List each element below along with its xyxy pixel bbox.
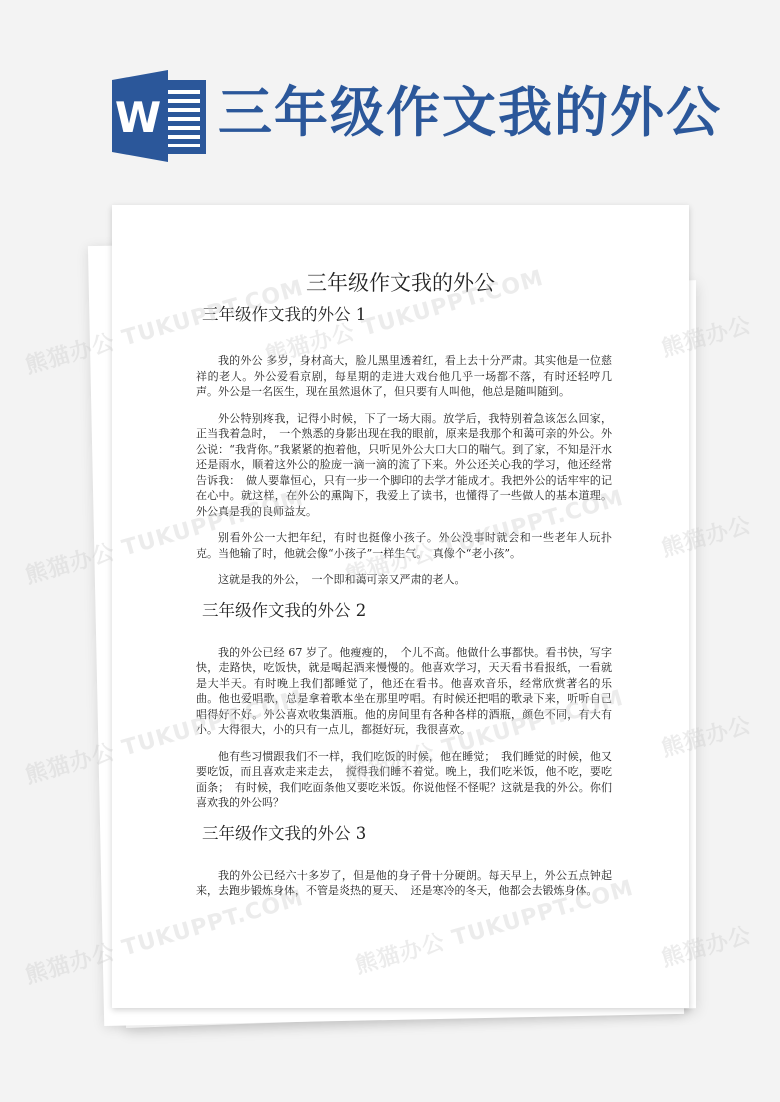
document-body: 三年级作文我的外公 1 我的外公 多岁，身材高大，脸儿黑里透着红，看上去十分严肃… <box>202 297 612 910</box>
paragraph: 我的外公已经六十多岁了，但是他的身子骨十分硬朗。每天早上，外公五点钟起来，去跑步… <box>196 868 612 899</box>
word-document-icon: W <box>108 68 210 162</box>
paragraph: 别看外公一大把年纪，有时也挺像小孩子。外公没事时就会和一些老年人玩扑克。当他输了… <box>196 530 612 561</box>
section-heading: 三年级作文我的外公 3 <box>202 822 612 846</box>
section-heading: 三年级作文我的外公 1 <box>202 303 612 327</box>
section-1: 三年级作文我的外公 1 我的外公 多岁，身材高大，脸儿黑里透着红，看上去十分严肃… <box>202 303 612 588</box>
paragraph: 我的外公 多岁，身材高大，脸儿黑里透着红，看上去十分严肃。其实他是一位慈祥的老人… <box>196 353 612 400</box>
word-letter: W <box>115 93 161 142</box>
banner-title: 三年级作文我的外公 <box>218 76 778 148</box>
paragraph: 他有些习惯跟我们不一样，我们吃饭的时候，他在睡觉； 我们睡觉的时候，他又要吃饭，… <box>196 749 612 811</box>
paragraph: 外公特别疼我，记得小时候，下了一场大雨。放学后，我特别着急该怎么回家，正当我着急… <box>196 411 612 520</box>
document-page: 三年级作文我的外公 三年级作文我的外公 1 我的外公 多岁，身材高大，脸儿黑里透… <box>112 205 689 1008</box>
section-3: 三年级作文我的外公 3 我的外公已经六十多岁了，但是他的身子骨十分硬朗。每天早上… <box>202 822 612 899</box>
banner: W 三年级作文我的外公 <box>0 0 780 190</box>
paragraph: 我的外公已经 67 岁了。他瘦瘦的， 个儿不高。他做什么事都快。看书快，写字快，… <box>196 645 612 738</box>
document-title: 三年级作文我的外公 <box>112 269 689 297</box>
section-2: 三年级作文我的外公 2 我的外公已经 67 岁了。他瘦瘦的， 个儿不高。他做什么… <box>202 599 612 811</box>
section-heading: 三年级作文我的外公 2 <box>202 599 612 623</box>
paragraph: 这就是我的外公， 一个即和蔼可亲又严肃的老人。 <box>196 572 612 588</box>
